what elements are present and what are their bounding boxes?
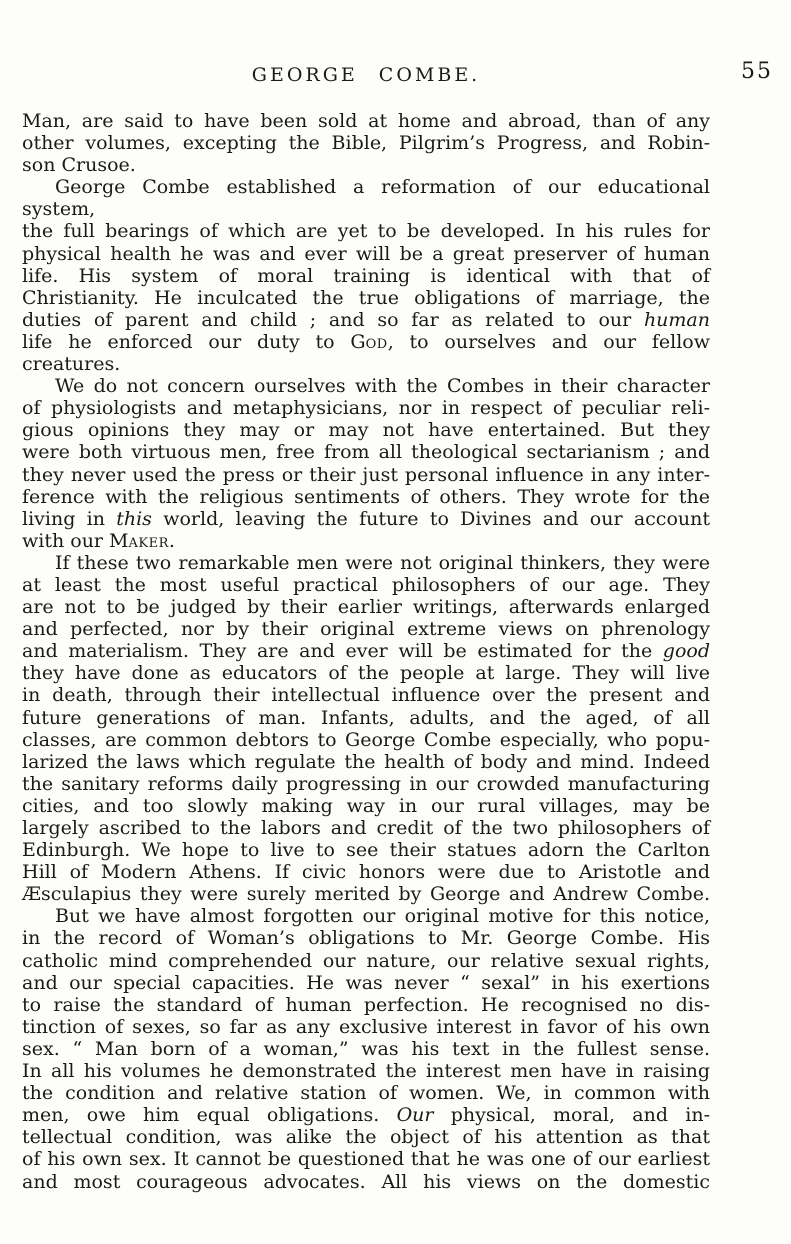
text-line: larized the laws which regulate the heal… — [22, 751, 710, 773]
text-line: cities, and too slowly making way in our… — [22, 795, 710, 817]
text-segment: larized the laws which regulate the heal… — [22, 751, 710, 773]
text-line: life. His system of moral training is id… — [22, 265, 710, 287]
text-line: life he enforced our duty to God, to our… — [22, 331, 710, 353]
text-line: the sanitary reforms daily progressing i… — [22, 773, 710, 795]
text-segment: to raise the standard of human perfectio… — [22, 994, 710, 1016]
text-line: are not to be judged by their earlier wr… — [22, 596, 710, 618]
text-line: future generations of man. Infants, adul… — [22, 707, 710, 729]
text-segment: of his own sex. It cannot be questioned … — [22, 1148, 710, 1170]
text-line: other volumes, excepting the Bible, Pilg… — [22, 132, 710, 154]
text-line: the condition and relative station of wo… — [22, 1082, 710, 1104]
text-segment: in the record of Woman’s obligations to … — [22, 927, 710, 949]
text-segment: Hill of Modern Athens. If civic honors w… — [22, 861, 710, 883]
text-segment: the condition and relative station of wo… — [22, 1082, 710, 1104]
text-segment: and materialism. They are and ever will … — [22, 640, 663, 662]
text-line: largely ascribed to the labors and credi… — [22, 817, 710, 839]
text-segment: with our M — [22, 530, 129, 552]
text-segment: Edinburgh. We hope to live to see their … — [22, 839, 710, 861]
text-segment: aker — [129, 530, 169, 552]
text-line: and perfected, nor by their original ext… — [22, 618, 710, 640]
text-line: We do not concern ourselves with the Com… — [22, 375, 710, 397]
text-line: duties of parent and child ; and so far … — [22, 309, 710, 331]
text-segment: od — [366, 331, 388, 353]
text-segment: world, leaving the future to Divines and… — [152, 508, 710, 530]
text-segment: , to ourselves and our fellow — [388, 331, 710, 353]
text-segment: duties of parent and child ; and so far … — [22, 309, 644, 331]
text-line: living in this world, leaving the future… — [22, 508, 710, 530]
text-segment: men, owe him equal obligations. — [22, 1104, 397, 1126]
text-line: with our Maker. — [22, 530, 710, 552]
text-segment: they have done as educators of the peopl… — [22, 662, 710, 684]
text-line: sex. “ Man born of a woman,” was his tex… — [22, 1038, 710, 1060]
text-segment: and our special capacities. He was never… — [22, 972, 710, 994]
text-segment: sex. “ Man born of a woman,” was his tex… — [22, 1038, 710, 1060]
text-line: Æsculapius they were surely merited by G… — [22, 883, 710, 905]
text-line: But we have almost forgotten our origina… — [22, 905, 710, 927]
text-segment: cities, and too slowly making way in our… — [22, 795, 710, 817]
text-segment: were both virtuous men, free from all th… — [22, 441, 710, 463]
text-line: Edinburgh. We hope to live to see their … — [22, 839, 710, 861]
text-line: Man, are said to have been sold at home … — [22, 110, 710, 132]
text-segment: human — [644, 309, 710, 331]
text-segment: they never used the press or their just … — [22, 464, 710, 486]
text-line: in death, through their intellectual inf… — [22, 684, 710, 706]
text-segment: catholic mind comprehended our nature, o… — [22, 950, 710, 972]
text-segment: Man, are said to have been sold at home … — [22, 110, 710, 132]
text-line: Christianity. He inculcated the true obl… — [22, 287, 710, 309]
text-segment: classes, are common debtors to George Co… — [22, 729, 710, 751]
text-line: men, owe him equal obligations. Our phys… — [22, 1104, 710, 1126]
text-line: classes, are common debtors to George Co… — [22, 729, 710, 751]
text-segment: good — [663, 640, 710, 662]
text-line: of his own sex. It cannot be questioned … — [22, 1148, 710, 1170]
text-line: and materialism. They are and ever will … — [22, 640, 710, 662]
text-segment: life. His system of moral training is id… — [22, 265, 710, 287]
text-segment: Our — [397, 1104, 434, 1126]
text-line: catholic mind comprehended our nature, o… — [22, 950, 710, 972]
text-segment: are not to be judged by their earlier wr… — [22, 596, 710, 618]
text-segment: largely ascribed to the labors and credi… — [22, 817, 710, 839]
text-segment: But we have almost forgotten our origina… — [55, 905, 710, 927]
text-line: tinction of sexes, so far as any exclusi… — [22, 1016, 710, 1038]
text-line: in the record of Woman’s obligations to … — [22, 927, 710, 949]
text-segment: tellectual condition, was alike the obje… — [22, 1126, 710, 1148]
text-line: George Combe established a reformation o… — [22, 176, 710, 220]
text-line: physical health he was and ever will be … — [22, 243, 710, 265]
paragraph: If these two remarkable men were not ori… — [22, 552, 710, 906]
text-line: and our special capacities. He was never… — [22, 972, 710, 994]
book-page: GEORGE COMBE. 55 Man, are said to have b… — [0, 0, 791, 1244]
text-segment: tinction of sexes, so far as any exclusi… — [22, 1016, 710, 1038]
text-line: they never used the press or their just … — [22, 464, 710, 486]
paragraph: But we have almost forgotten our origina… — [22, 905, 710, 1192]
text-segment: creatures. — [22, 353, 120, 375]
page-number: 55 — [741, 59, 773, 84]
text-segment: the full bearings of which are yet to be… — [22, 220, 710, 242]
text-segment: We do not concern ourselves with the Com… — [55, 375, 710, 397]
text-segment: in death, through their intellectual inf… — [22, 684, 710, 706]
text-segment: George Combe established a reformation o… — [22, 176, 710, 220]
text-segment: the sanitary reforms daily progressing i… — [22, 773, 710, 795]
text-segment: physical, moral, and in- — [433, 1104, 710, 1126]
text-segment: son Crusoe. — [22, 154, 136, 176]
text-segment: at least the most useful practical philo… — [22, 574, 710, 596]
text-line: If these two remarkable men were not ori… — [22, 552, 710, 574]
text-line: were both virtuous men, free from all th… — [22, 441, 710, 463]
text-line: In all his volumes he demonstrated the i… — [22, 1060, 710, 1082]
text-segment: If these two remarkable men were not ori… — [55, 552, 710, 574]
text-line: and most courageous advocates. All his v… — [22, 1171, 710, 1193]
text-line: Hill of Modern Athens. If civic honors w… — [22, 861, 710, 883]
text-segment: physical health he was and ever will be … — [22, 243, 710, 265]
text-segment: and perfected, nor by their original ext… — [22, 618, 710, 640]
text-segment: . — [169, 530, 175, 552]
text-line: tellectual condition, was alike the obje… — [22, 1126, 710, 1148]
text-segment: this — [116, 508, 152, 530]
paragraph: We do not concern ourselves with the Com… — [22, 375, 710, 552]
text-line: at least the most useful practical philo… — [22, 574, 710, 596]
paragraph: George Combe established a reformation o… — [22, 176, 710, 375]
page-body: Man, are said to have been sold at home … — [22, 110, 710, 1193]
text-line: of physiologists and metaphysicians, nor… — [22, 397, 710, 419]
text-line: to raise the standard of human perfectio… — [22, 994, 710, 1016]
text-segment: life he enforced our duty to G — [22, 331, 366, 353]
text-segment: other volumes, excepting the Bible, Pilg… — [22, 132, 710, 154]
text-line: ference with the religious sentiments of… — [22, 486, 710, 508]
text-segment: Æsculapius they were surely merited by G… — [22, 883, 710, 905]
text-line: they have done as educators of the peopl… — [22, 662, 710, 684]
running-header: GEORGE COMBE. — [22, 64, 710, 86]
text-line: son Crusoe. — [22, 154, 710, 176]
text-line: creatures. — [22, 353, 710, 375]
text-segment: future generations of man. Infants, adul… — [22, 707, 710, 729]
text-segment: of physiologists and metaphysicians, nor… — [22, 397, 710, 419]
text-line: gious opinions they may or may not have … — [22, 419, 710, 441]
text-segment: ference with the religious sentiments of… — [22, 486, 710, 508]
text-segment: gious opinions they may or may not have … — [22, 419, 710, 441]
text-line: the full bearings of which are yet to be… — [22, 220, 710, 242]
text-segment: and most courageous advocates. All his v… — [22, 1171, 710, 1193]
paragraph: Man, are said to have been sold at home … — [22, 110, 710, 176]
text-segment: Christianity. He inculcated the true obl… — [22, 287, 710, 309]
text-segment: In all his volumes he demonstrated the i… — [22, 1060, 710, 1082]
text-segment: living in — [22, 508, 116, 530]
